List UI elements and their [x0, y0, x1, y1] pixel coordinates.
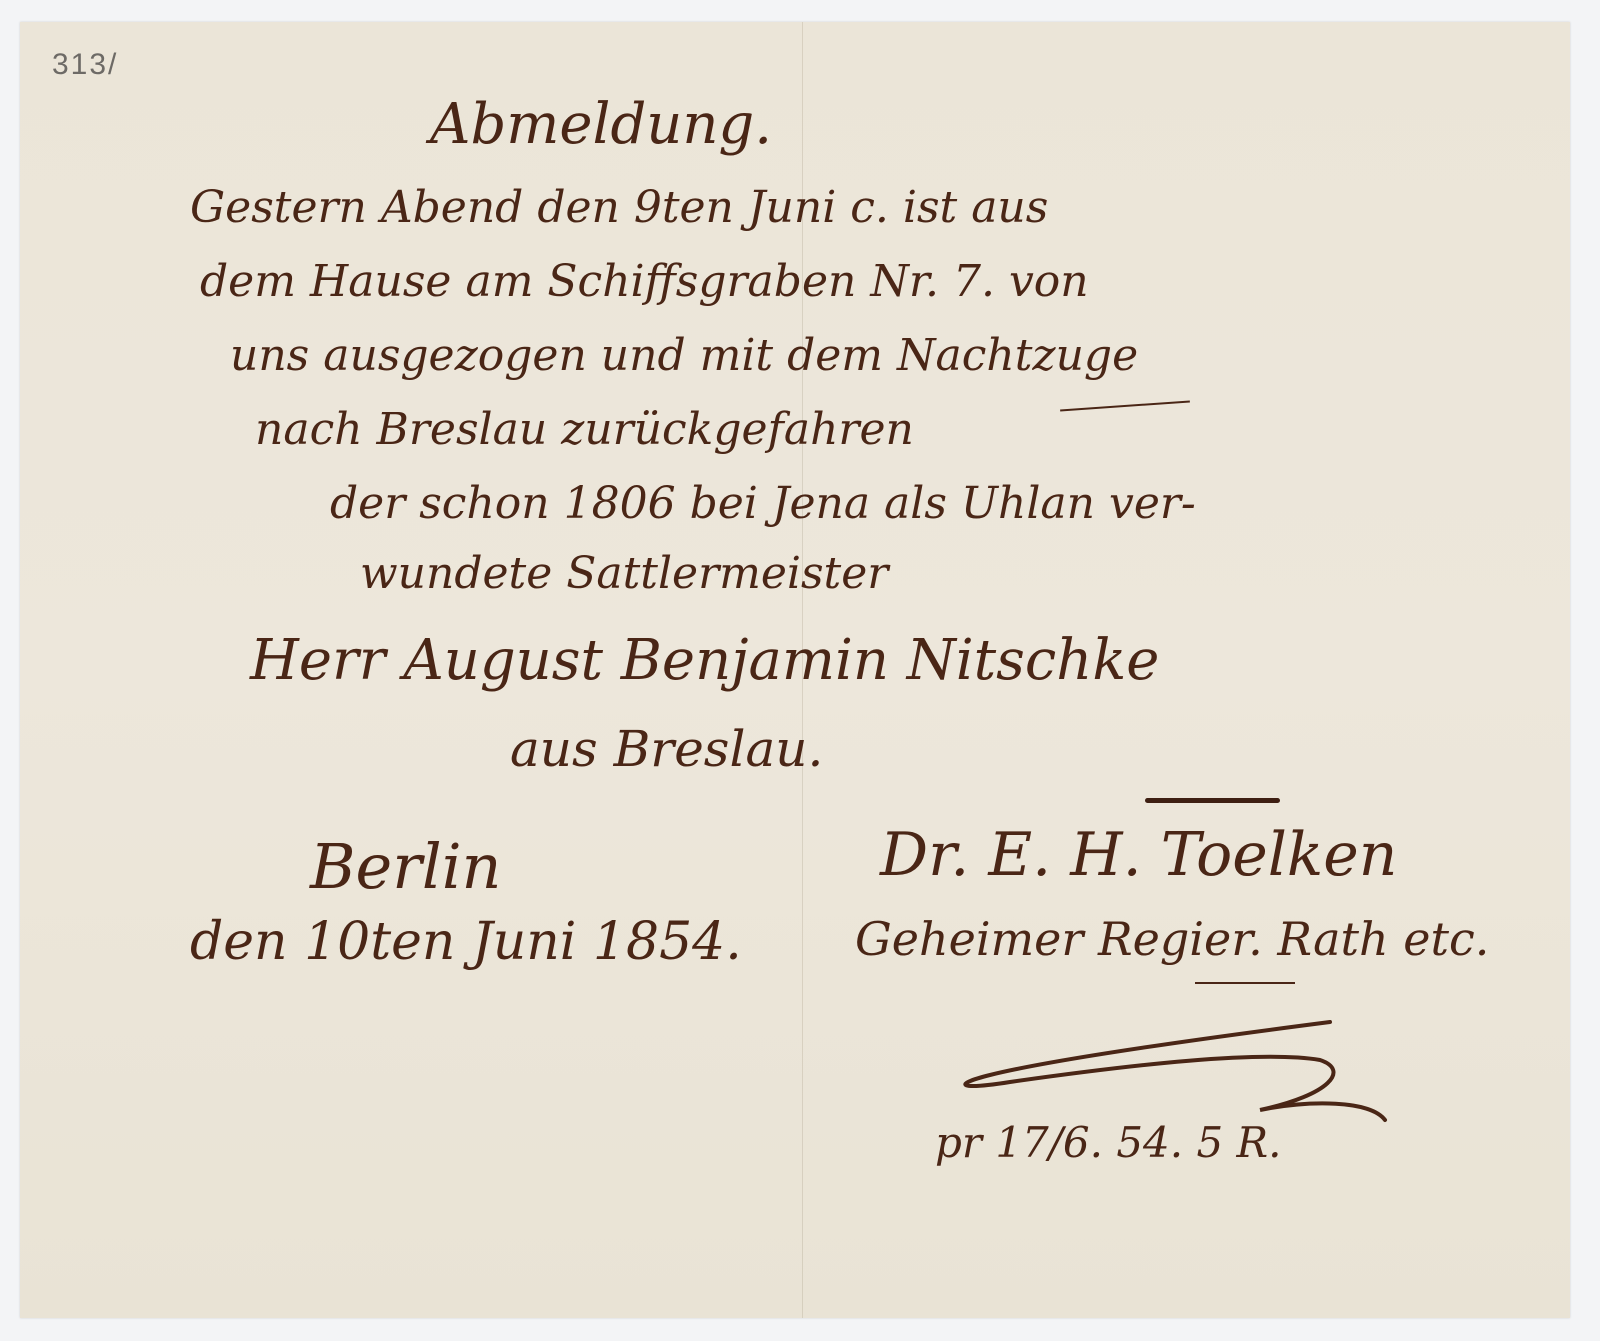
signature-name: Dr. E. H. Toelken — [880, 820, 1397, 890]
document-title: Abmeldung. — [430, 92, 772, 157]
place: Berlin — [310, 830, 501, 903]
body-line-1: Gestern Abend den 9ten Juni c. ist aus — [190, 182, 1048, 233]
person-name: Herr August Benjamin Nitschke — [250, 628, 1159, 693]
body-line-6: wundete Sattlermeister — [360, 548, 888, 599]
signature-title: Geheimer Regier. Rath etc. — [855, 912, 1489, 966]
body-line-4: nach Breslau zurückgefahren — [255, 404, 914, 455]
body-line-2: dem Hause am Schiffsgraben Nr. 7. von — [200, 256, 1089, 307]
title-underline — [1195, 982, 1295, 984]
receipt-note: pr 17/6. 54. 5 R. — [935, 1118, 1282, 1167]
archive-number: 313/ — [52, 48, 118, 82]
person-origin: aus Breslau. — [510, 720, 823, 778]
signature-flourish-icon — [930, 1020, 1410, 1130]
signature-overline — [1145, 798, 1280, 803]
body-line-3: uns ausgezogen und mit dem Nachtzuge — [230, 330, 1138, 381]
body-line-5: der schon 1806 bei Jena als Uhlan ver- — [330, 478, 1196, 529]
date: den 10ten Juni 1854. — [190, 912, 742, 972]
